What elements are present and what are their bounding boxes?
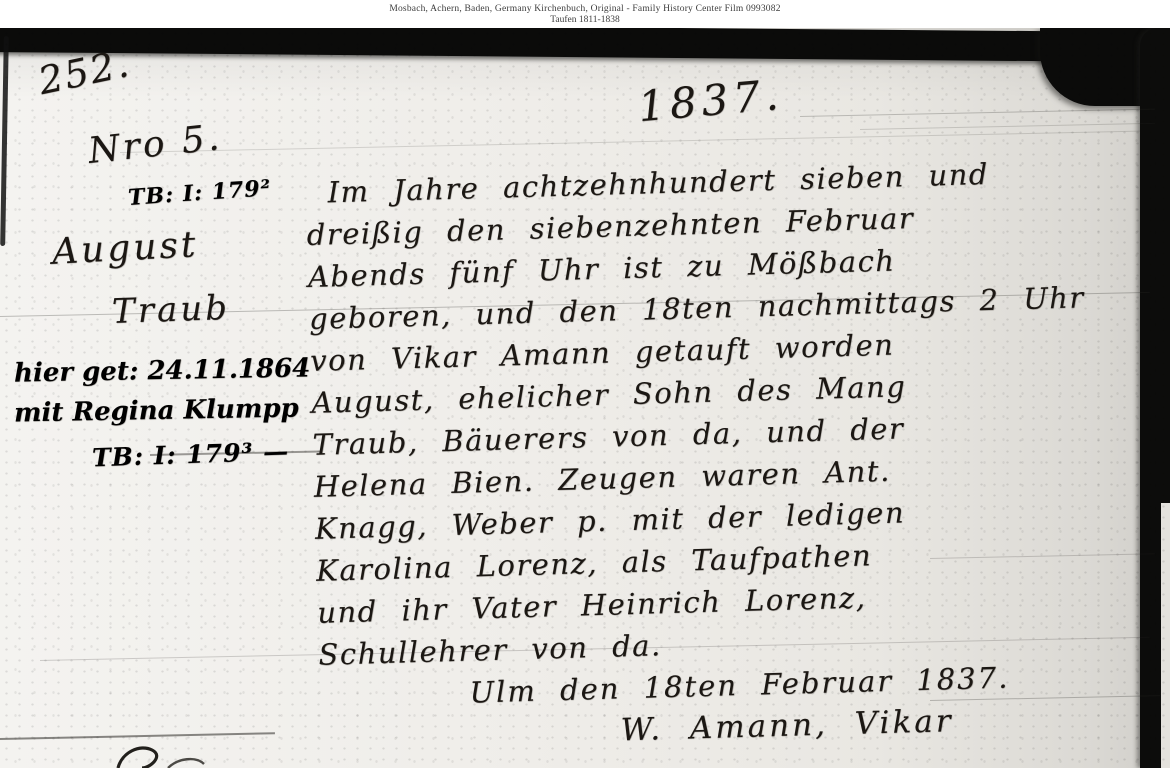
ruled-line: [120, 131, 1140, 153]
next-entry-flourish: [0, 742, 300, 768]
scan-top-border: [0, 28, 1170, 62]
year-heading: 1837.: [636, 70, 785, 131]
margin-entry-number: Nro 5.: [86, 117, 224, 172]
margin-register-ref-bottom: TB: I: 179³ —: [92, 437, 290, 473]
margin-marriage-note-line2: mit Regina Klumpp: [14, 394, 299, 429]
scan-left-edge-line: [0, 36, 9, 246]
ruled-line: [800, 109, 1155, 117]
margin-child-first-name: August: [51, 224, 199, 273]
film-caption: Mosbach, Achern, Baden, Germany Kirchenb…: [0, 0, 1170, 28]
film-caption-line1: Mosbach, Achern, Baden, Germany Kirchenb…: [0, 3, 1170, 15]
margin-child-surname: Traub: [111, 288, 230, 332]
baptism-entry-body: Im Jahre achtzehnhundert sieben und drei…: [305, 148, 1170, 760]
next-entry-rule: [0, 732, 275, 740]
film-caption-line2: Taufen 1811-1838: [0, 15, 1170, 26]
scanned-register-page: 252. 1837. Nro 5. TB: I: 179² August Tra…: [0, 28, 1170, 768]
ruled-line: [860, 123, 1155, 130]
screenshot-root: Mosbach, Achern, Baden, Germany Kirchenb…: [0, 0, 1170, 768]
margin-register-ref-top: TB: I: 179²: [127, 175, 272, 211]
margin-marriage-note-line1: hier get: 24.11.1864: [14, 353, 311, 388]
